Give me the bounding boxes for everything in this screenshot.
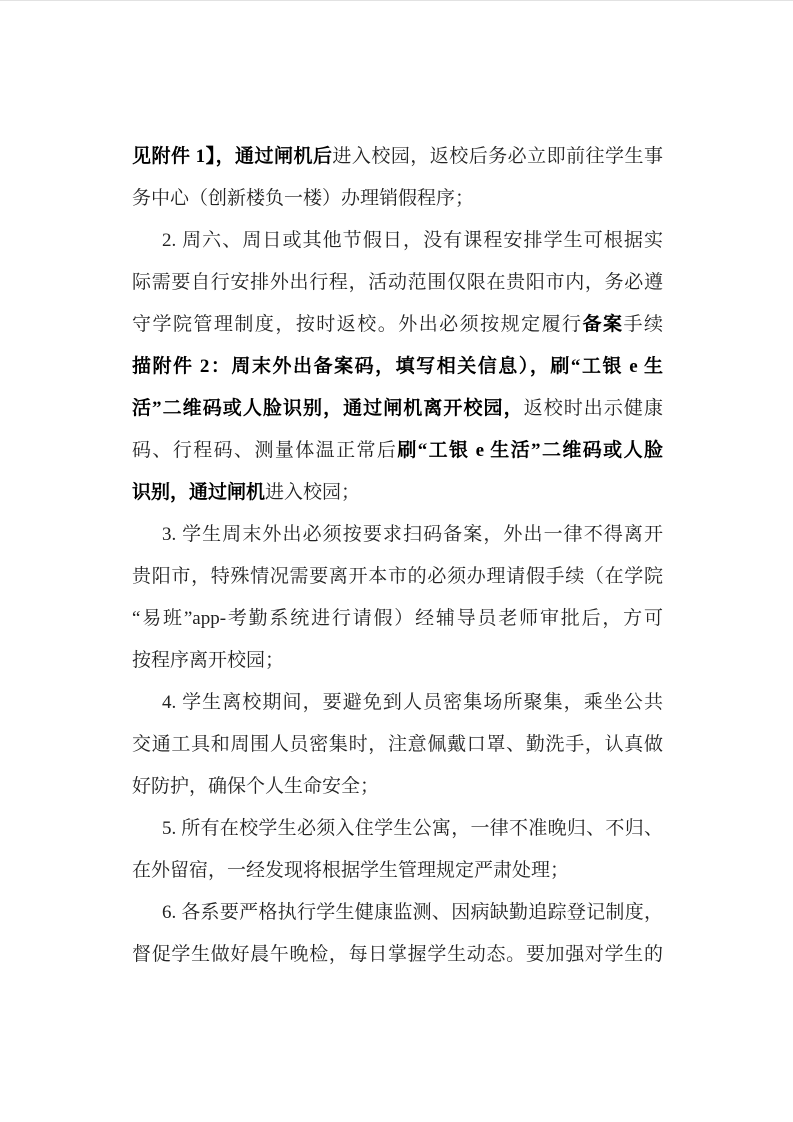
- text-run: 3. 学生周末外出必须按要求扫码备案，外出一律不得离开: [162, 524, 663, 545]
- text-line: 守学院管理制度，按时返校。外出必须按规定履行备案手续（扫: [132, 304, 663, 346]
- text-run: 活”二维码或人脸识别，通过闸机离开校园，: [132, 398, 524, 419]
- text-run: 识别，通过闸机: [132, 482, 265, 503]
- text-line: “易班”app-考勤系统进行请假）经辅导员老师审批后，方可: [132, 598, 663, 640]
- text-run: 见附件 1】，通过闸机后: [132, 146, 332, 167]
- text-run: 际需要自行安排外出行程，活动范围仅限在贵阳市内，务必遵: [132, 272, 663, 293]
- text-line: 好防护，确保个人生命安全；: [132, 766, 663, 808]
- text-run: 2. 周六、周日或其他节假日，没有课程安排学生可根据实: [162, 230, 663, 251]
- text-run: 码、行程码、测量体温正常后: [132, 440, 397, 461]
- paragraph: 5. 所有在校学生必须入住学生公寓，一律不准晚归、不归、 在外留宿，一经发现将根…: [132, 808, 663, 892]
- document-body: 见附件 1】，通过闸机后进入校园，返校后务必立即前往学生事 务中心（创新楼负一楼…: [132, 136, 663, 976]
- paragraph: 3. 学生周末外出必须按要求扫码备案，外出一律不得离开 贵阳市，特殊情况需要离开…: [132, 514, 663, 682]
- text-line: 活”二维码或人脸识别，通过闸机离开校园，返校时出示健康: [132, 388, 663, 430]
- text-run: 描附件 2：周末外出备案码，填写相关信息），刷“工银 e 生: [132, 356, 663, 377]
- text-run: 5. 所有在校学生必须入住学生公寓，一律不准晚归、不归、: [162, 818, 663, 839]
- paragraph: 4. 学生离校期间，要避免到人员密集场所聚集，乘坐公共 交通工具和周围人员密集时…: [132, 682, 663, 808]
- text-run: 进入校园，返校后务必立即前往学生事: [332, 146, 663, 167]
- text-line: 5. 所有在校学生必须入住学生公寓，一律不准晚归、不归、: [132, 808, 663, 850]
- text-line: 贵阳市，特殊情况需要离开本市的必须办理请假手续（在学院: [132, 556, 663, 598]
- text-line: 督促学生做好晨午晚检，每日掌握学生动态。要加强对学生的: [132, 934, 663, 976]
- text-run: 督促学生做好晨午晚检，每日掌握学生动态。要加强对学生的: [132, 944, 663, 965]
- text-line: 6. 各系要严格执行学生健康监测、因病缺勤追踪登记制度，: [132, 892, 663, 934]
- text-line: 按程序离开校园；: [132, 640, 663, 682]
- text-line: 际需要自行安排外出行程，活动范围仅限在贵阳市内，务必遵: [132, 262, 663, 304]
- text-run: 守学院管理制度，按时返校。外出必须按规定履行: [132, 314, 583, 335]
- text-run: 手续: [624, 314, 663, 335]
- text-line: 描附件 2：周末外出备案码，填写相关信息），刷“工银 e 生: [132, 346, 663, 388]
- document-page: 见附件 1】，通过闸机后进入校园，返校后务必立即前往学生事 务中心（创新楼负一楼…: [0, 0, 793, 1122]
- text-line: 交通工具和周围人员密集时，注意佩戴口罩、勤洗手，认真做: [132, 724, 663, 766]
- text-run: 好防护，确保个人生命安全；: [132, 776, 379, 797]
- text-run: 务中心（创新楼负一楼）办理销假程序；: [132, 188, 474, 209]
- text-line: 在外留宿，一经发现将根据学生管理规定严肃处理；: [132, 850, 663, 892]
- text-run: 在外留宿，一经发现将根据学生管理规定严肃处理；: [132, 860, 569, 881]
- text-run: 返校时出示健康: [524, 398, 663, 419]
- text-run: 进入校园；: [265, 482, 360, 503]
- text-run: 交通工具和周围人员密集时，注意佩戴口罩、勤洗手，认真做: [132, 734, 663, 755]
- text-line: 见附件 1】，通过闸机后进入校园，返校后务必立即前往学生事: [132, 136, 663, 178]
- text-run: 刷“工银 e 生活”二维码或人脸: [397, 440, 663, 461]
- text-run: 贵阳市，特殊情况需要离开本市的必须办理请假手续（在学院: [132, 566, 663, 587]
- text-line: 务中心（创新楼负一楼）办理销假程序；: [132, 178, 663, 220]
- text-line: 4. 学生离校期间，要避免到人员密集场所聚集，乘坐公共: [132, 682, 663, 724]
- text-line: 码、行程码、测量体温正常后刷“工银 e 生活”二维码或人脸: [132, 430, 663, 472]
- paragraph: 2. 周六、周日或其他节假日，没有课程安排学生可根据实 际需要自行安排外出行程，…: [132, 220, 663, 514]
- text-line: 3. 学生周末外出必须按要求扫码备案，外出一律不得离开: [132, 514, 663, 556]
- text-line: 2. 周六、周日或其他节假日，没有课程安排学生可根据实: [132, 220, 663, 262]
- text-line: 识别，通过闸机进入校园；: [132, 472, 663, 514]
- text-run: 按程序离开校园；: [132, 650, 284, 671]
- text-run: 备案: [583, 314, 624, 335]
- paragraph: 见附件 1】，通过闸机后进入校园，返校后务必立即前往学生事 务中心（创新楼负一楼…: [132, 136, 663, 220]
- text-run: 4. 学生离校期间，要避免到人员密集场所聚集，乘坐公共: [162, 692, 663, 713]
- paragraph: 6. 各系要严格执行学生健康监测、因病缺勤追踪登记制度， 督促学生做好晨午晚检，…: [132, 892, 663, 976]
- text-run: 6. 各系要严格执行学生健康监测、因病缺勤追踪登记制度，: [162, 902, 663, 923]
- text-run: “易班”app-考勤系统进行请假）经辅导员老师审批后，方可: [132, 608, 663, 629]
